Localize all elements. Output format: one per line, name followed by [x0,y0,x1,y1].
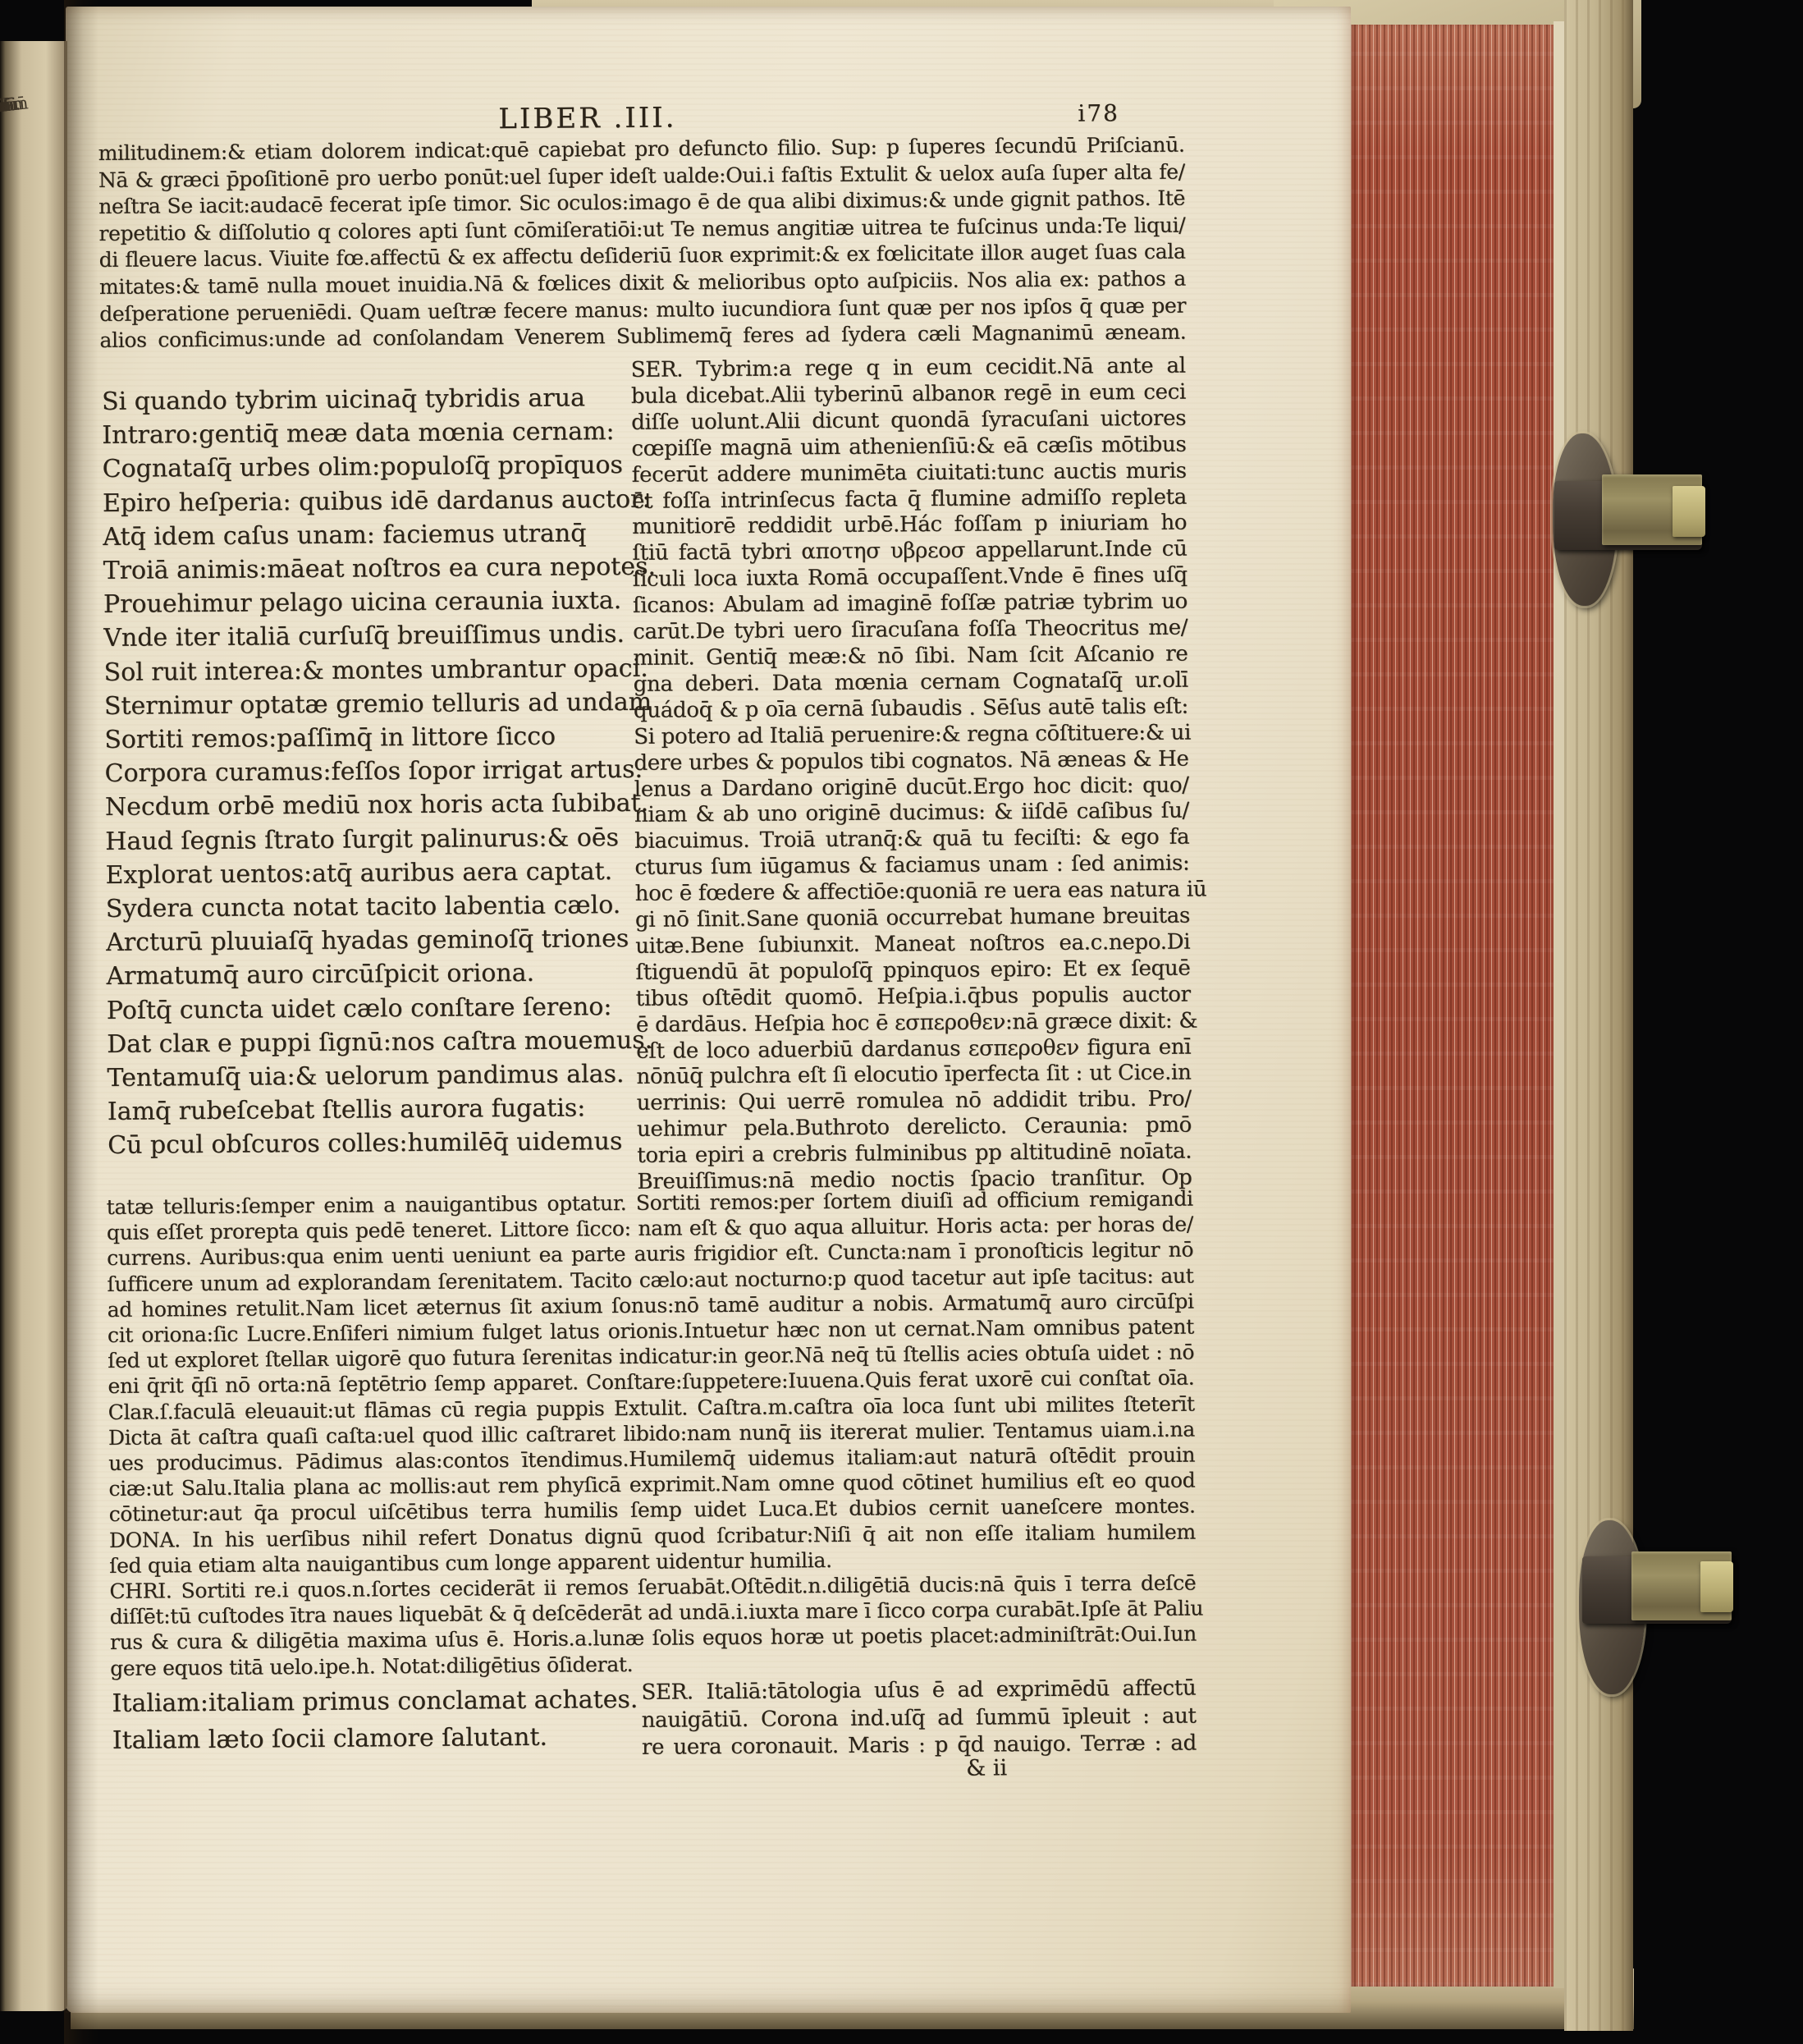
text-line: Sternimur optatæ gremio telluris ad unda… [104,685,650,723]
commentary-column: SER. Tybrim:a rege q in eum cecidit.Nā a… [631,354,1192,1196]
text-line: Cognataſq̄ urbes olim:populoſq̄ propīquo… [102,448,648,486]
text-line: uerrinis: Qui uerrē romulea nō addidit t… [637,1087,1192,1117]
text-line: fecerūt addere munimēta ciuitati:tunc au… [632,458,1187,488]
text-line: Si quando tybrim uicinaq̄ tybridis arua [102,381,648,419]
verse-column: Si quando tybrim uicinaq̄ tybridis aruaI… [102,381,653,1163]
text-line: nōnūq̄ pulchra eſt ſi elocutio īperfecta… [636,1061,1191,1091]
text-line: Iamq̄ rubeſcebat ſtellis aurora fugatis: [108,1091,653,1129]
text-line: Armatumq̄ auro circūſpicit oriona. [106,956,652,993]
text-line: Necdum orbē mediū nox horis acta ſubibat… [105,786,651,824]
text-line: Haud ſegnis ſtrato ſurgit palinurus:& oē… [105,820,651,858]
text-line: Arcturū pluuiaſq̄ hyadas geminoſq̄ trion… [106,922,652,960]
text-line: Troiā animis:māeat noſtros ea cura nepot… [103,550,648,588]
fore-edge-red [1351,25,1556,1987]
clasp-brass-tip [1700,1561,1733,1612]
text-line: biacuimus. Troiā utranq̄:& quā tu feciſt… [634,825,1189,855]
text-line: SER. Italiā:tātologia uſus ē ad exprimēd… [641,1675,1196,1707]
clasp-brass-tip [1673,486,1705,537]
text-line: Italiam læto ſocii clamore ſalutant. [112,1717,687,1758]
text-line: ſicanos: Abulam ad imaginē foſſæ patriæ … [633,589,1188,620]
text-line: Sydera cuncta notat tacito labentia cælo… [106,888,652,926]
text-line: Prouehimur pelago uicina ceraunia iuxta. [103,584,649,621]
text-line: Corpora curamus:feſſos ſopor irrigat art… [104,753,650,791]
text-line: Italiam:italiam primus conclamat achates… [112,1680,686,1721]
text-line: ſtiū factā tybri αποτησ υβρεοσ appellaru… [632,537,1187,567]
text-line: Dat claʀ e puppi ſignū:nos caſtra mouemu… [107,1024,652,1061]
text-line: Sol ruit interea:& montes umbrantur opac… [103,651,649,689]
text-line: tibus oſtēdit quomō. Heſpia.i.q̄bus popu… [636,982,1191,1012]
text-line: Vnde iter italiā curſuſq̄ breuiſſimus un… [103,617,649,655]
book-photo: purant q̄ ſūe loris ior ē: & propterea m… [0,0,1803,2044]
text-line: uitæ.Bene ſubiunxit. Maneat noſtros ea.c… [635,930,1190,960]
bottom-verses: Italiam:italiam primus conclamat achates… [112,1680,687,1758]
text-line: carūt.De tybri uero ſiracuſana foſſa The… [633,616,1188,646]
full-width-commentary: tatæ telluris:ſemper enim a nauigantibus… [107,1186,1197,1681]
text-line: Atq̄ idem caſus unam: faciemus utranq̄ [103,516,648,554]
text-line: Tentamuſq̄ uia:& uelorum pandimus alas. [107,1057,652,1095]
text-line: Explorat uentos:atq̄ auribus aera captat… [105,855,651,892]
text-line: lenus a Dardano originē ducūt.Ergo hoc d… [634,772,1189,803]
text-line: Poſtq̄ cuncta uidet cælo conſtare ſereno… [107,989,652,1027]
text-line: SER. Tybrim:a rege q in eum cecidit.Nā a… [631,354,1186,384]
text-line: Intraro:gentiq̄ meæ data mœnia cernam: [102,415,648,452]
vellum-cover-edge [1564,0,1633,2031]
text-line: quádoq̄ & p oīa cernā ſubaudis . Sēſus a… [634,694,1188,724]
text-line: ſiculi loca iuxta Romā occupaſſent.Vnde … [633,563,1188,593]
top-paragraph: militudinem:& etiam dolorem indicat:quē … [98,132,1187,355]
text-line: hoc ē fœdere & affectiōe:quoniā re uera … [635,878,1190,908]
text-line: niam & ab uno originē ducimus: & iiſdē c… [634,799,1189,829]
text-line: gi nō ſinit.Sane quoniā occurrebat human… [635,904,1190,934]
text-line: ē dardāus. Heſpia hoc ē εσπεροθεν:nā græ… [636,1008,1191,1038]
folio-number: i78 [1078,99,1119,126]
text-line: ſtiguendū āt populoſq̄ ppinquos epiro: E… [635,956,1190,986]
text-line: diſſe uolunt.Alii dicunt quondā ſyracuſa… [631,406,1186,436]
text-line: dere urbes & populos tibi cognatos. Nā æ… [634,746,1188,777]
text-line: ēt foſſa intrinſecus facta q̄ flumine ad… [632,484,1187,515]
text-line: eſt de loco aduerbiū dardanus εσπεροθεν … [636,1034,1191,1065]
text-line: uehimur pela.Buthroto derelicto. Cerauni… [637,1113,1192,1143]
text-line: Si potero ad Italiā peruenire:& regna cō… [634,720,1188,750]
text-line: cœpiſſe magnā uim athenienſiū:& eā cæſis… [631,432,1186,462]
text-line: munitiorē reddidit urbē.Hác foſſam p ini… [632,511,1187,541]
running-title: LIBER .III. [498,101,676,135]
signature-mark: & ii [950,1755,1023,1781]
text-line: bula dicebat.Alii tyberinū albanoʀ regē … [631,380,1186,410]
text-line: Cū pcul obſcuros colles:humilēq̄ uidemus [108,1125,653,1162]
text-line: minit. Gentiq̄ meæ:& nō ſibi. Nam ſcit A… [633,642,1188,672]
text-line: toria epiri a crebris fulminibus pp alti… [637,1139,1192,1170]
text-line: re uera coronauit. Maris : p q̄d nauigo.… [642,1730,1197,1762]
bottom-commentary: SER. Italiā:tātologia uſus ē ad exprimēd… [641,1675,1197,1762]
text-line: gna deberi. Data mœnia cernam Cognataſq̄… [634,667,1188,698]
text-line: cturus ſum iūgamus & faciamus unam : ſed… [634,851,1189,882]
text-line: nauigātiū. Corona ind.uſq̄ ad ſummū īple… [642,1703,1197,1735]
text-line: Epiro heſperia: quibus idē dardanus auct… [103,482,648,520]
text-line: Sortiti remos:paſſimq̄ in littore ſicco [104,719,650,757]
